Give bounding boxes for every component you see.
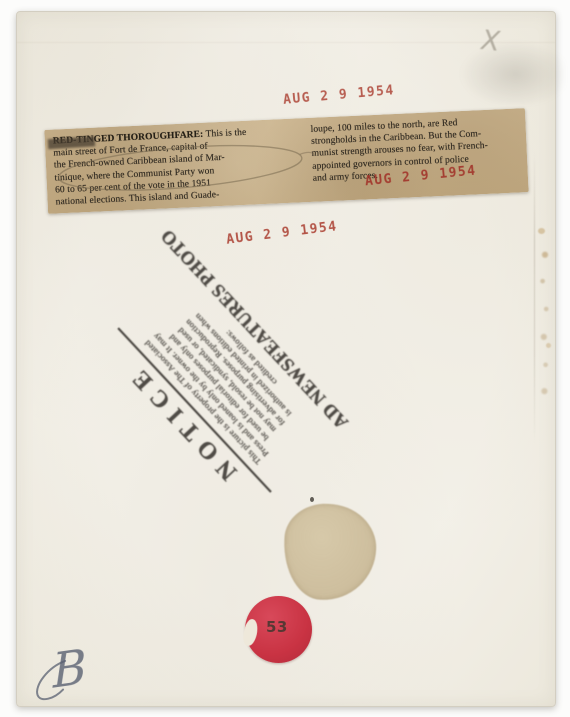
pencil-b-letter: B [52,640,88,700]
news-clipping: RED-TINGED THOROUGHFARE: This is the mai… [44,108,528,214]
pencil-b-mark: B [27,636,119,711]
foxing-spot [538,228,545,234]
glue-stain [282,502,377,601]
sticker-number: 53 [266,618,288,636]
photo-verso: X AUG 2 9 1954 RED-TINGED THOROUGHFARE: … [16,11,556,707]
date-stamp-top: AUG 2 9 1954 [283,83,396,108]
right-fold-crease [534,152,535,444]
pencil-smudge [455,38,565,104]
sticker-torn-chip [241,618,259,647]
notice-rubber-stamp: NOTICE This picture is the property of T… [95,212,395,514]
ink-speck [310,497,314,502]
red-number-sticker: 53 [245,596,312,663]
stain-streak [539,247,551,402]
clipping-column-right: loupe, 100 miles to the north, are Red s… [310,114,520,197]
clipping-text-left: main street of Fort de France, capital o… [53,137,302,209]
clipping-headline-rest: This is the [203,128,246,140]
clipping-columns: RED-TINGED THOROUGHFARE: This is the mai… [44,108,528,213]
foxing-spot [546,343,551,348]
